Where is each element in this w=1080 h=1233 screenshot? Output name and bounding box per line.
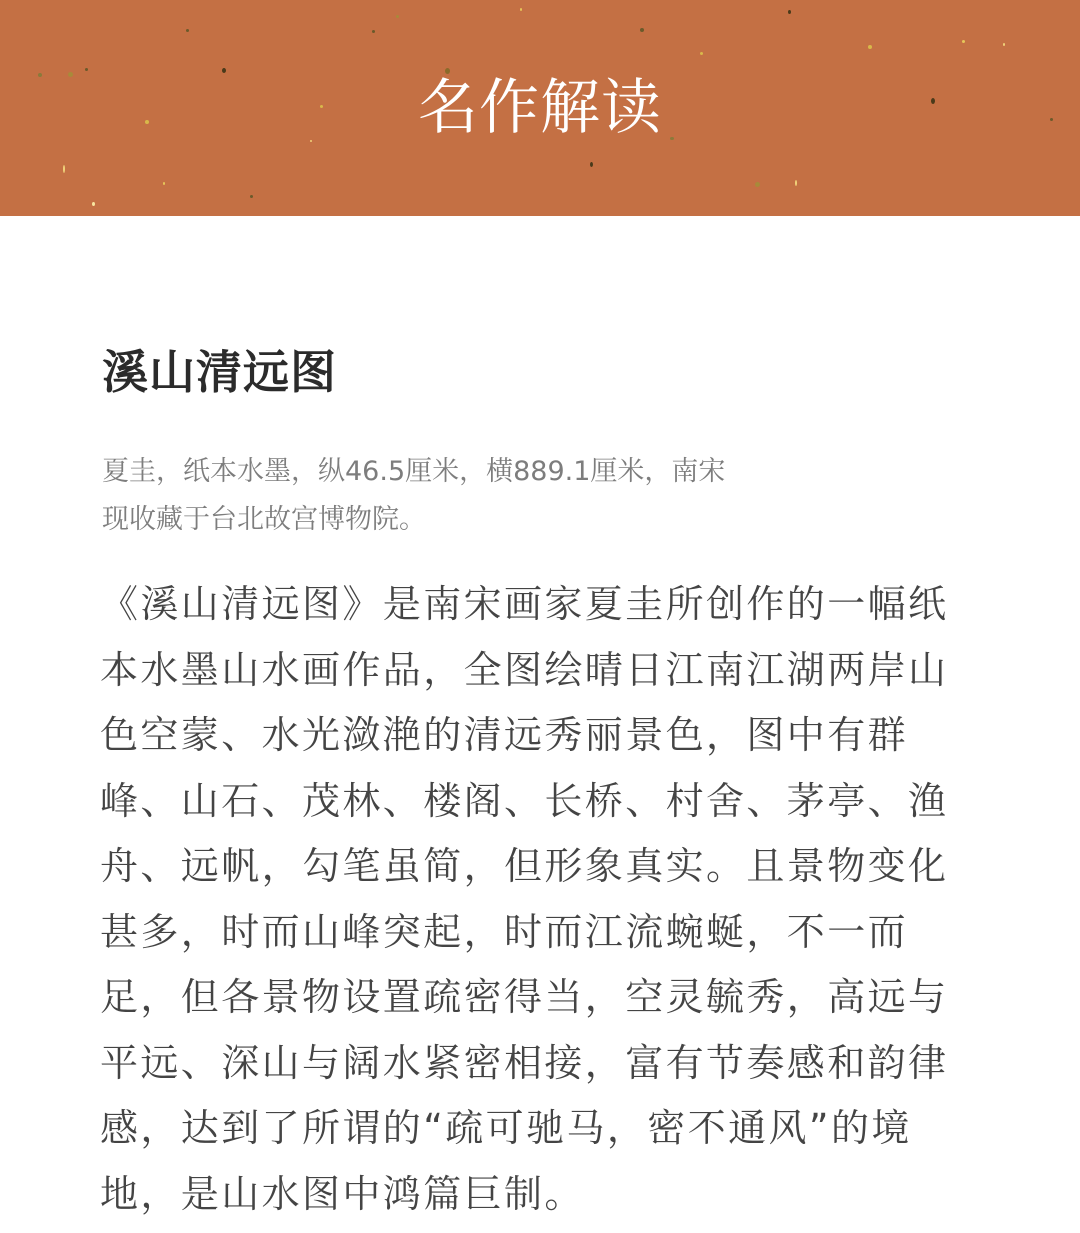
- gold-fleck-decoration: [372, 30, 375, 33]
- gold-fleck-decoration: [63, 165, 65, 173]
- gold-fleck-decoration: [250, 195, 253, 198]
- artwork-meta-line: 夏圭，纸本水墨，纵46.5厘米，横889.1厘米，南宋: [102, 448, 982, 496]
- artwork-meta: 夏圭，纸本水墨，纵46.5厘米，横889.1厘米，南宋 现收藏于台北故宫博物院。: [102, 448, 982, 544]
- gold-fleck-decoration: [396, 15, 399, 18]
- gold-fleck-decoration: [755, 182, 760, 187]
- description-line: 平远、深山与阔水紧密相接，富有节奏感和韵律: [100, 1031, 980, 1097]
- gold-fleck-decoration: [640, 28, 644, 32]
- gold-fleck-decoration: [186, 29, 189, 32]
- artwork-article: 溪山清远图 夏圭，纸本水墨，纵46.5厘米，横889.1厘米，南宋 现收藏于台北…: [102, 340, 982, 1227]
- gold-fleck-decoration: [962, 40, 965, 43]
- section-title: 名作解读: [0, 70, 1080, 146]
- gold-fleck-decoration: [868, 45, 872, 49]
- description-line: 足，但各景物设置疏密得当，空灵毓秀，高远与: [100, 965, 980, 1031]
- artwork-title: 溪山清远图: [102, 340, 982, 404]
- description-line: 舟、远帆，勾笔虽简，但形象真实。且景物变化: [100, 834, 980, 900]
- gold-fleck-decoration: [92, 202, 95, 206]
- gold-fleck-decoration: [163, 182, 165, 185]
- description-line: 本水墨山水画作品，全图绘晴日江南江湖两岸山: [100, 638, 980, 704]
- description-line: 《溪山清远图》是南宋画家夏圭所创作的一幅纸: [100, 572, 980, 638]
- description-line: 峰、山石、茂林、楼阁、长桥、村舍、茅亭、渔: [100, 769, 980, 835]
- gold-fleck-decoration: [590, 162, 593, 167]
- gold-fleck-decoration: [788, 10, 791, 14]
- gold-fleck-decoration: [520, 8, 522, 11]
- gold-fleck-decoration: [700, 52, 703, 55]
- gold-fleck-decoration: [795, 180, 797, 186]
- artwork-meta-line: 现收藏于台北故宫博物院。: [102, 496, 982, 544]
- artwork-description: 《溪山清远图》是南宋画家夏圭所创作的一幅纸 本水墨山水画作品，全图绘晴日江南江湖…: [100, 572, 980, 1227]
- description-line: 感，达到了所谓的“疏可驰马，密不通风”的境: [100, 1096, 980, 1162]
- description-line: 色空蒙、水光潋滟的清远秀丽景色，图中有群: [100, 703, 980, 769]
- description-line: 甚多，时而山峰突起，时而江流蜿蜒，不一而: [100, 900, 980, 966]
- gold-fleck-decoration: [1003, 43, 1005, 46]
- header-banner: 名作解读: [0, 0, 1080, 216]
- description-line: 地，是山水图中鸿篇巨制。: [100, 1162, 980, 1228]
